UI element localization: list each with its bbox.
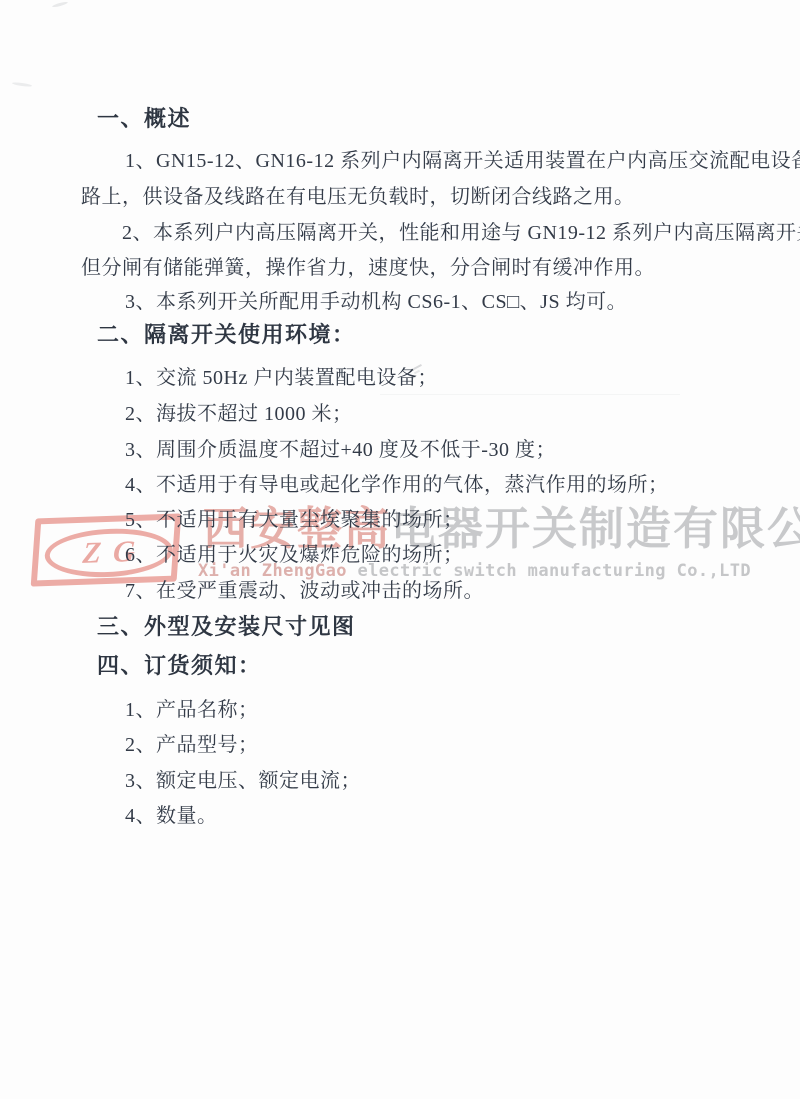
paragraph-line: 2、本系列户内高压隔离开关，性能和用途与 GN19-12 系列户内高压隔离开关相… xyxy=(122,221,800,245)
paragraph-line: 路上，供设备及线路在有电压无负载时，切断闭合线路之用。 xyxy=(81,185,635,209)
list-item: 2、海拔不超过 1000 米； xyxy=(125,402,353,426)
list-item: 3、额定电压、额定电流； xyxy=(125,769,361,793)
list-item: 7、在受严重震动、波动或冲击的场所。 xyxy=(125,579,484,603)
section-title-overview: 一、概述 xyxy=(97,106,191,132)
list-item: 1、产品名称； xyxy=(125,698,259,722)
list-item: 5、不适用于有大量尘埃聚集的场所； xyxy=(125,508,464,532)
scan-artifact xyxy=(52,1,68,8)
list-item: 3、周围介质温度不超过+40 度及不低于-30 度； xyxy=(125,438,556,462)
scanned-document-page: ZG 西安整高电器开关制造有限公司 Xi'an ZhengGao electri… xyxy=(0,0,800,1099)
list-item: 6、不适用于火灾及爆炸危险的场所； xyxy=(125,543,464,567)
scan-artifact xyxy=(380,394,680,395)
paragraph-line: 但分闸有储能弹簧，操作省力，速度快，分合闸时有缓冲作用。 xyxy=(81,256,655,280)
section-title-environment: 二、隔离开关使用环境： xyxy=(97,322,356,348)
section-title-dimensions: 三、外型及安装尺寸见图 xyxy=(97,614,356,640)
paragraph-line: 1、GN15-12、GN16-12 系列户内隔离开关适用装置在户内高压交流配电设… xyxy=(125,149,800,173)
list-item: 4、数量。 xyxy=(125,804,218,828)
list-item: 2、产品型号； xyxy=(125,733,259,757)
paragraph-line: 3、本系列开关所配用手动机构 CS6-1、CS□、JS 均可。 xyxy=(125,290,627,314)
section-title-ordering: 四、订货须知： xyxy=(97,653,262,679)
list-item: 1、交流 50Hz 户内装置配电设备； xyxy=(125,366,438,390)
scan-artifact xyxy=(12,82,32,88)
list-item: 4、不适用于有导电或起化学作用的气体，蒸汽作用的场所； xyxy=(125,473,669,497)
